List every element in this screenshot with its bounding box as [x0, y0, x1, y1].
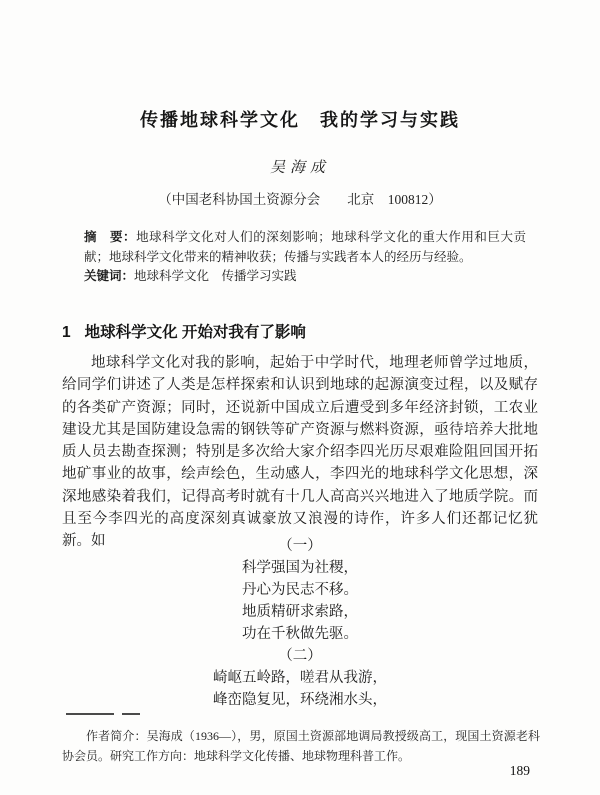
document-page: 传播地球科学文化 我的学习与实践 吴海成 （中国老科协国土资源分会 北京 100…: [0, 0, 600, 795]
abstract-paragraph: 摘 要：地球科学文化对人们的深刻影响；地球科学文化的重大作用和巨大贡献；地球科学…: [84, 228, 526, 267]
keywords-text: 地球科学文化 传播学习实践: [134, 269, 297, 283]
abstract-text: 地球科学文化对人们的深刻影响；地球科学文化的重大作用和巨大贡献；地球科学文化带来…: [84, 230, 526, 264]
page-number: 189: [510, 763, 530, 779]
body-paragraph: 地球科学文化对我的影响，起始于中学时代，地理老师曾学过地质，给同学们讲述了人类是…: [62, 352, 538, 553]
section-heading: 1地球科学文化 开始对我有了影响: [62, 320, 306, 342]
footnote-divider: [66, 713, 140, 715]
poem-part1-label: （一）: [0, 535, 600, 557]
poem-line: 功在千秋做先驱。: [0, 623, 600, 645]
poem-block: （一） 科学强国为社稷， 丹心为民志不移。 地质精研求索路， 功在千秋做先驱。 …: [0, 535, 600, 711]
poem-part2-label: （二）: [0, 645, 600, 667]
poem-line: 峰峦隐复见，环绕湘水头，: [0, 689, 600, 711]
poem-line: 科学强国为社稷，: [0, 557, 600, 579]
section-number: 1: [62, 324, 71, 341]
footnote-text: 作者简介：吴海成（1936—），男，原国土资源部地调局教授级高工，现国土资源老科…: [62, 726, 540, 766]
poem-line: 丹心为民志不移。: [0, 579, 600, 601]
abstract-label: 摘 要：: [84, 230, 136, 244]
abstract-block: 摘 要：地球科学文化对人们的深刻影响；地球科学文化的重大作用和巨大贡献；地球科学…: [84, 228, 526, 287]
paper-title: 传播地球科学文化 我的学习与实践: [0, 106, 600, 132]
section-title: 地球科学文化 开始对我有了影响: [85, 324, 306, 341]
keywords-label: 关键词：: [84, 269, 134, 283]
keywords-paragraph: 关键词：地球科学文化 传播学习实践: [84, 267, 526, 287]
author-affiliation: （中国老科协国土资源分会 北京 100812）: [0, 188, 600, 208]
poem-line: 崎岖五岭路，嗟君从我游，: [0, 667, 600, 689]
poem-line: 地质精研求索路，: [0, 601, 600, 623]
author-name: 吴海成: [0, 156, 600, 177]
